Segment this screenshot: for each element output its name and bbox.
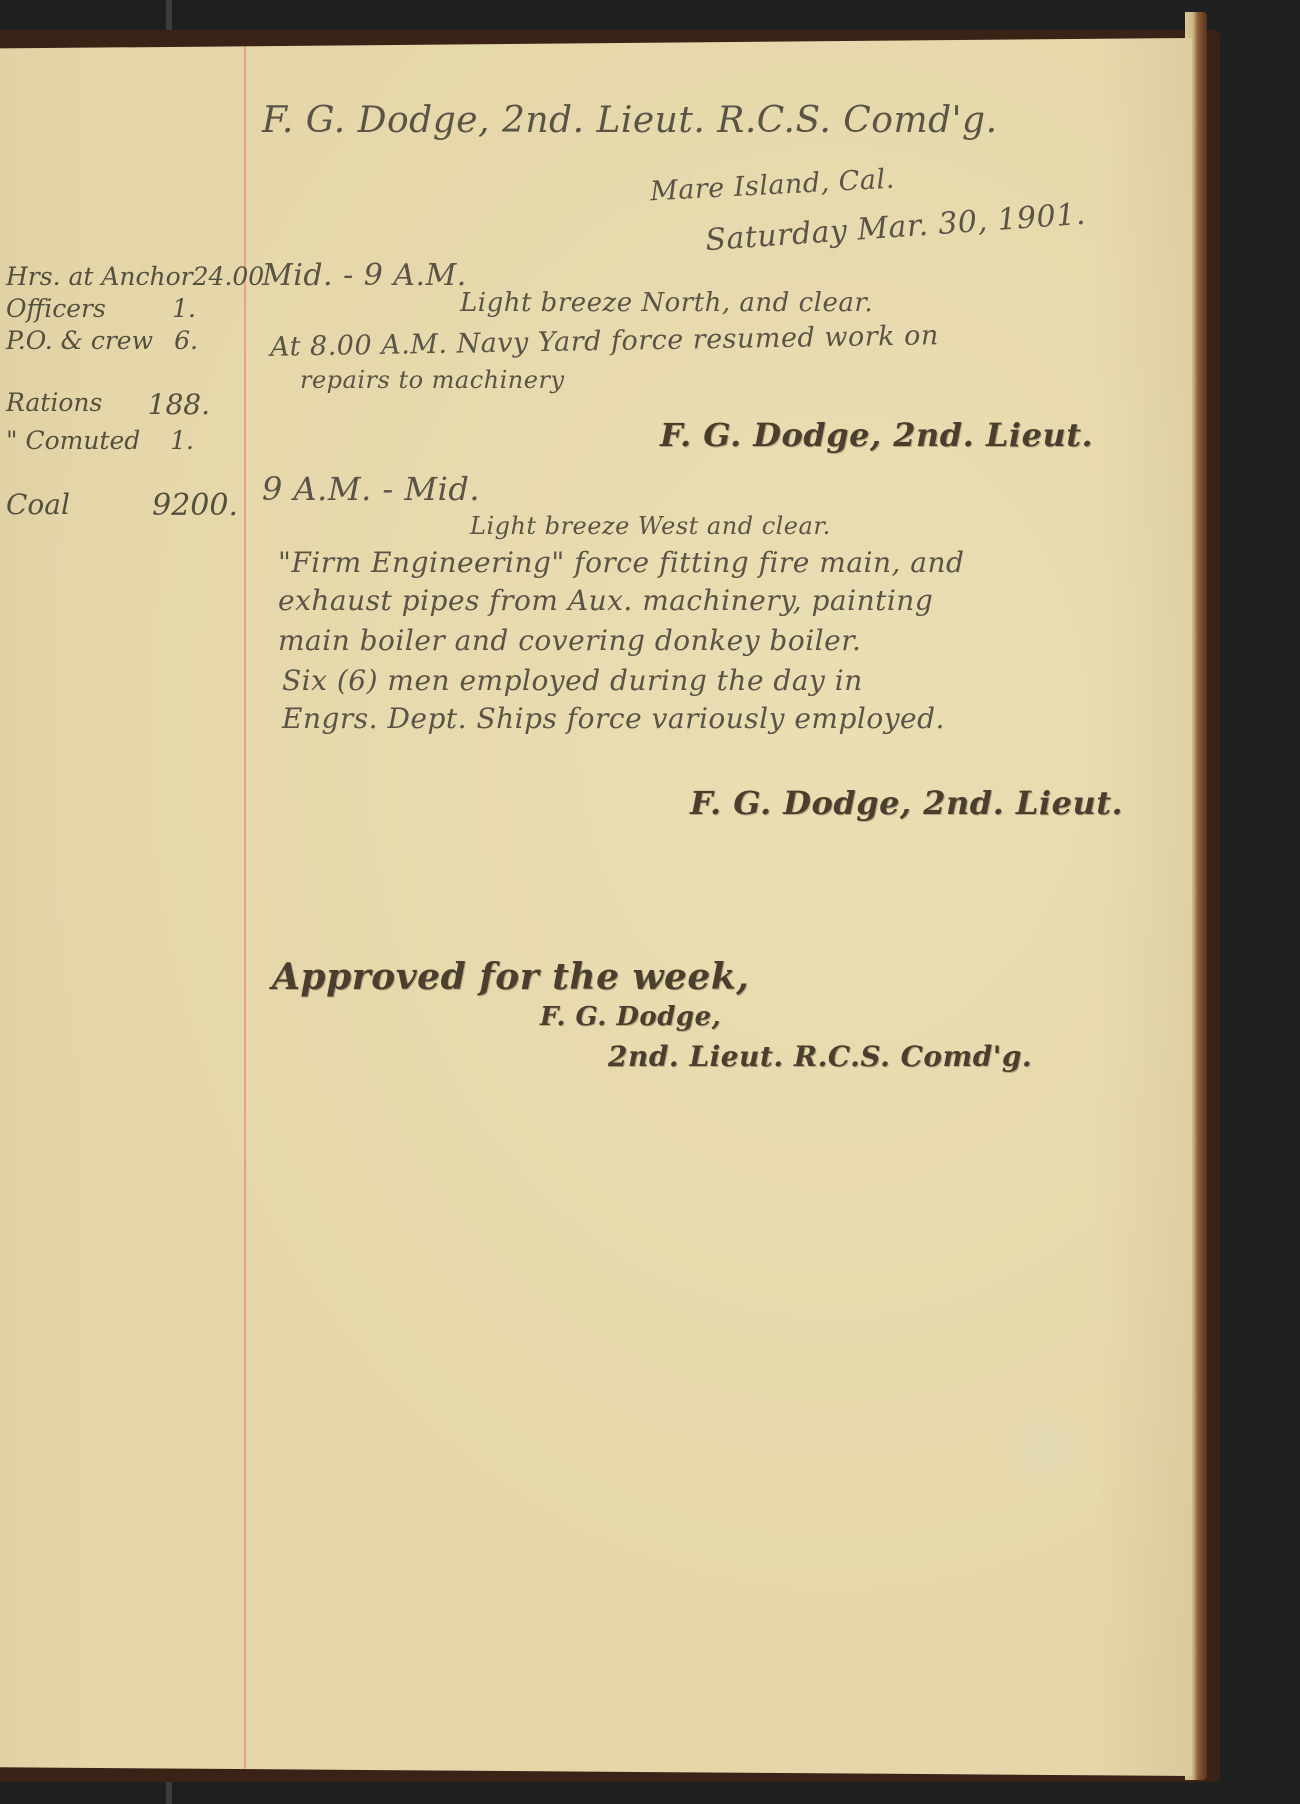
margin-row-commuted: " Comuted 1.: [6, 426, 238, 455]
signature-watch-officer: F. G. Dodge, 2nd. Lieut.: [660, 416, 1093, 454]
page-heading-commander: F. G. Dodge, 2nd. Lieut. R.C.S. Comd'g.: [262, 100, 998, 141]
logbook-page: Hrs. at Anchor 24.00 Officers 1. P.O. & …: [0, 38, 1192, 1776]
margin-label: Coal: [6, 488, 70, 523]
entry-line: exhaust pipes from Aux. machinery, paint…: [278, 584, 933, 617]
approval-text: Approved for the week,: [272, 956, 749, 998]
margin-label: P.O. & crew: [6, 326, 153, 355]
approval-signature-name: F. G. Dodge,: [540, 1002, 721, 1032]
margin-value: 9200.: [152, 488, 238, 523]
entry-line: Engrs. Dept. Ships force variously emplo…: [282, 702, 945, 735]
approval-signature-title: 2nd. Lieut. R.C.S. Comd'g.: [608, 1040, 1032, 1073]
date-line: Saturday Mar. 30, 1901.: [704, 197, 1087, 258]
margin-label: Rations: [6, 388, 102, 421]
margin-rule: [244, 38, 246, 1776]
weather-line: Light breeze West and clear.: [470, 512, 831, 540]
weather-line: Light breeze North, and clear.: [460, 288, 873, 318]
watch-label: Mid. - 9 A.M.: [262, 258, 467, 293]
margin-row-rations: Rations 188.: [6, 388, 238, 421]
margin-row-hours-at-anchor: Hrs. at Anchor 24.00: [6, 262, 238, 291]
entry-line: Six (6) men employed during the day in: [282, 664, 863, 697]
margin-value: 1.: [172, 294, 196, 323]
margin-label: " Comuted: [6, 426, 140, 455]
location-line: Mare Island, Cal.: [649, 164, 895, 208]
margin-label: Hrs. at Anchor: [6, 262, 193, 291]
margin-value: 24.00: [193, 262, 265, 291]
entry-line: At 8.00 A.M. Navy Yard force resumed wor…: [270, 320, 939, 363]
margin-row-officers: Officers 1.: [6, 294, 238, 323]
margin-row-po-crew: P.O. & crew 6.: [6, 326, 238, 355]
margin-label: Officers: [6, 294, 106, 323]
watch-label: 9 A.M. - Mid.: [262, 470, 480, 508]
margin-value: 188.: [148, 388, 210, 421]
margin-value: 1.: [170, 426, 194, 455]
signature-watch-officer: F. G. Dodge, 2nd. Lieut.: [690, 784, 1123, 822]
margin-value: 6.: [174, 326, 198, 355]
entry-line: "Firm Engineering" force fitting fire ma…: [278, 546, 964, 579]
entry-line: main boiler and covering donkey boiler.: [278, 624, 861, 657]
paper-stain: [1000, 1408, 1090, 1488]
entry-line: repairs to machinery: [300, 366, 565, 394]
margin-row-coal: Coal 9200.: [6, 488, 238, 523]
